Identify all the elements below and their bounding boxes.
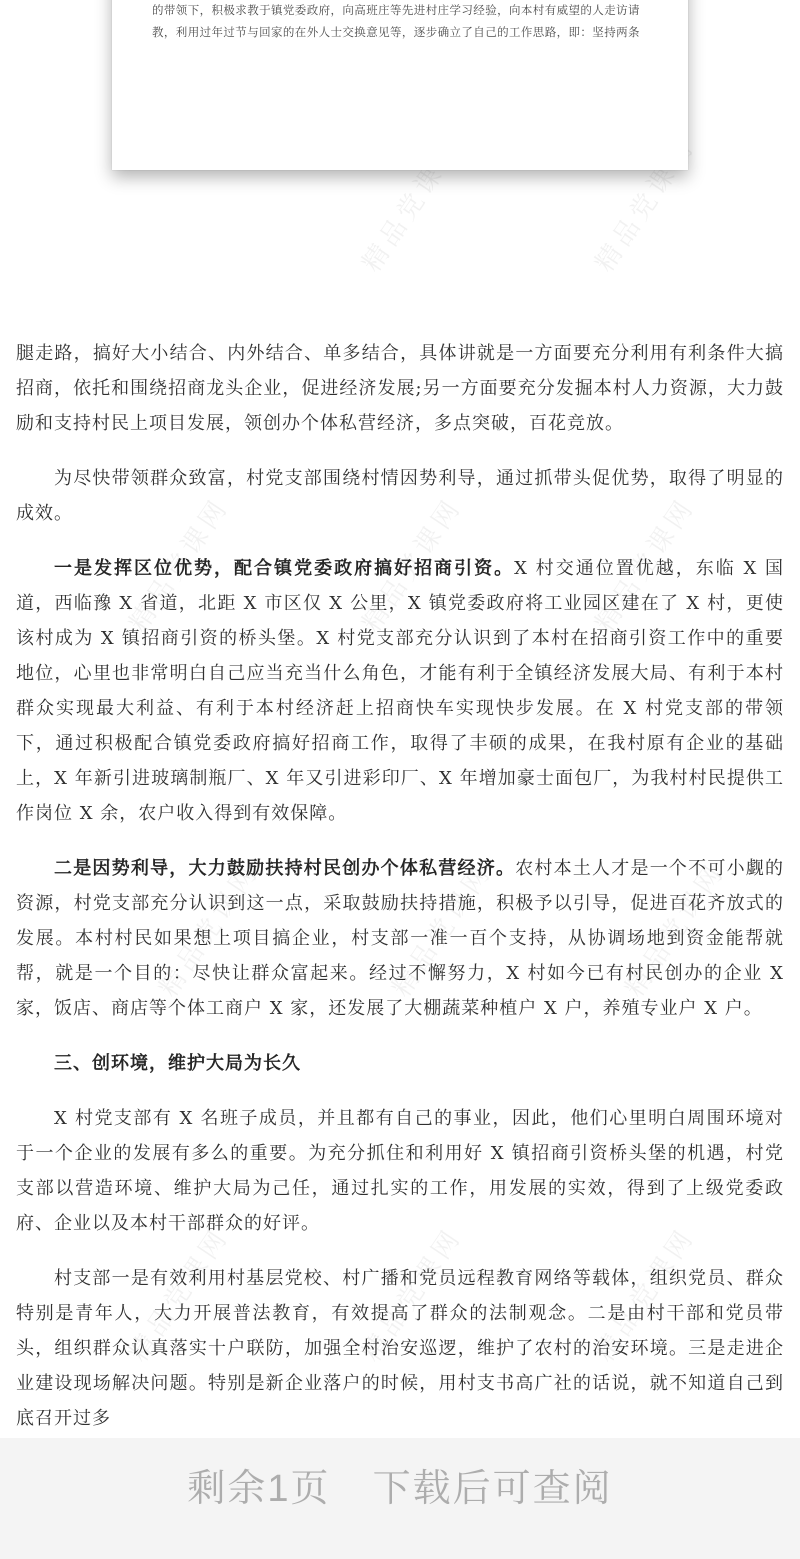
paragraph-text: 腿走路，搞好大小结合、内外结合、单多结合，具体讲就是一方面要充分利用有利条件大搞… <box>16 343 784 434</box>
paragraph: 为尽快带领群众致富，村党支部围绕村情因势利导，通过抓带头促优势，取得了明显的成效… <box>16 461 784 531</box>
remaining-pages-bar: 剩余1页下载后可查阅 <box>0 1438 800 1559</box>
document-body: 腿走路，搞好大小结合、内外结合、单多结合，具体讲就是一方面要充分利用有利条件大搞… <box>0 0 800 1456</box>
paragraph-text: 为尽快带领群众致富，村党支部围绕村情因势利导，通过抓带头促优势，取得了明显的成效… <box>16 468 784 524</box>
remaining-pages-label: 剩余1页 <box>187 1468 330 1510</box>
paragraph-lead: 二是因势利导，大力鼓励扶持村民创办个体私营经济。 <box>54 858 515 879</box>
paragraph-text: 村支部一是有效利用村基层党校、村广播和党员远程教育网络等载体，组织党员、群众特别… <box>16 1268 784 1429</box>
paragraph-text: X 村交通位置优越，东临 X 国道，西临豫 X 省道，北距 X 市区仅 X 公里… <box>16 558 784 824</box>
paragraph-text: 农村本土人才是一个不可小觑的资源，村党支部充分认识到这一点，采取鼓励扶持措施，积… <box>16 858 784 1019</box>
paragraph: X 村党支部有 X 名班子成员，并且都有自己的事业，因此，他们心里明白周围环境对… <box>16 1101 784 1241</box>
paragraph: 腿走路，搞好大小结合、内外结合、单多结合，具体讲就是一方面要充分利用有利条件大搞… <box>16 336 784 441</box>
paragraph-lead: 一是发挥区位优势，配合镇党委政府搞好招商引资。 <box>54 558 514 579</box>
document-paragraphs: 腿走路，搞好大小结合、内外结合、单多结合，具体讲就是一方面要充分利用有利条件大搞… <box>16 336 784 1436</box>
paragraph: 二是因势利导，大力鼓励扶持村民创办个体私营经济。农村本土人才是一个不可小觑的资源… <box>16 851 784 1026</box>
paragraph: 一是发挥区位优势，配合镇党委政府搞好招商引资。X 村交通位置优越，东临 X 国道… <box>16 551 784 831</box>
paragraph-lead: 三、创环境，维护大局为长久 <box>54 1053 301 1074</box>
paragraph: 三、创环境，维护大局为长久 <box>16 1046 784 1081</box>
preview-line-2: 教，利用过年过节与回家的在外人士交换意见等，逐步确立了自己的工作思路，即：坚持两… <box>152 21 648 43</box>
paragraph: 村支部一是有效利用村基层党校、村广播和党员远程教育网络等载体，组织党员、群众特别… <box>16 1261 784 1436</box>
paragraph-text: X 村党支部有 X 名班子成员，并且都有自己的事业，因此，他们心里明白周围环境对… <box>16 1108 784 1234</box>
document-page-preview: 的带领下，积极求教于镇党委政府，向高班庄等先进村庄学习经验，向本村有威望的人走访… <box>112 0 688 170</box>
preview-line-1: 的带领下，积极求教于镇党委政府，向高班庄等先进村庄学习经验，向本村有威望的人走访… <box>152 0 648 21</box>
download-hint-label: 下载后可查阅 <box>373 1468 613 1510</box>
